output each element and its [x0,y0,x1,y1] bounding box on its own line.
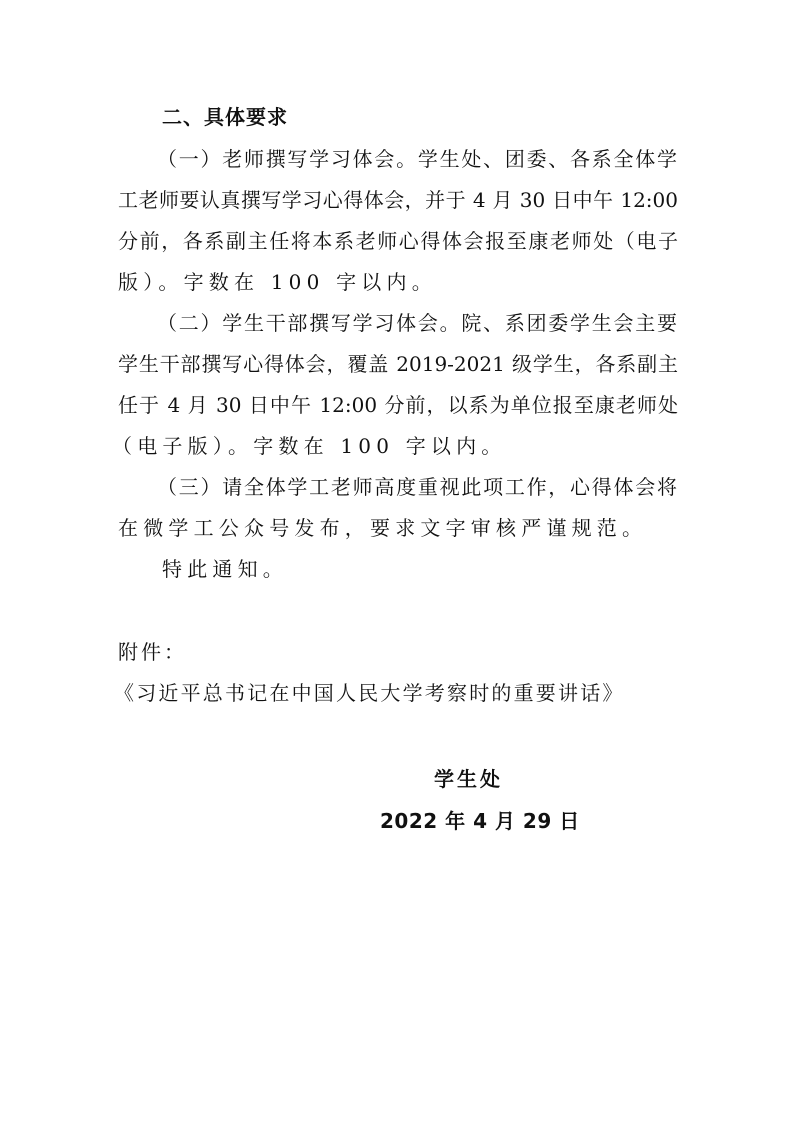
paragraph-2-line-3: 任于 4 月 30 日中午 12:00 分前，以系为单位报至康老师处 [118,392,678,418]
attachment-title: 《习近平总书记在中国人民大学考察时的重要讲话》 [114,680,674,706]
paragraph-2-line-4: （电子版）。字数在 100 字以内。 [112,433,672,459]
paragraph-3-line-1: （三）请全体学工老师高度重视此项工作，心得体会将 [157,474,677,500]
paragraph-1-line-2: 工老师要认真撰写学习心得体会，并于 4 月 30 日中午 12:00 [118,187,678,213]
document-page: 二、具体要求 （一）老师撰写学习体会。学生处、团委、各系全体学 工老师要认真撰写… [0,0,794,1123]
attachment-label: 附件： [118,639,678,665]
paragraph-1-line-3: 分前，各系副主任将本系老师心得体会报至康老师处（电子 [118,228,678,254]
signature-issuer: 学生处 [434,766,503,792]
paragraph-2-line-1: （二）学生干部撰写学习体会。院、系团委学生会主要 [157,310,677,336]
signature-date: 2022 年 4 月 29 日 [380,808,580,834]
closing-text: 特此通知。 [162,556,722,582]
paragraph-3-line-2: 在微学工公众号发布，要求文字审核严谨规范。 [118,515,678,541]
section-heading: 二、具体要求 [162,104,722,130]
paragraph-1-line-4: 版）。字数在 100 字以内。 [118,269,678,295]
paragraph-1-line-1: （一）老师撰写学习体会。学生处、团委、各系全体学 [157,146,677,172]
paragraph-2-line-2: 学生干部撰写心得体会，覆盖 2019-2021 级学生，各系副主 [118,351,678,377]
